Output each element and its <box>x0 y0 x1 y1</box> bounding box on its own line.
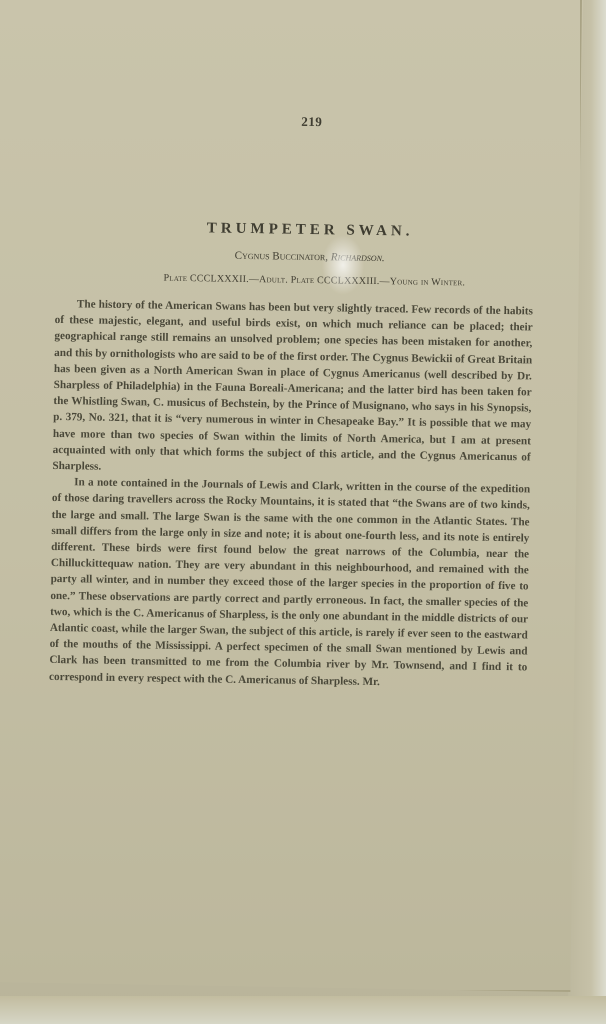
scientific-name: Cygnus Buccinator, Richardson. <box>86 247 534 266</box>
paragraph: The history of the American Swans has be… <box>52 296 533 482</box>
paragraph: In a note contained in the Journals of L… <box>49 474 530 692</box>
page-number: 219 <box>88 110 536 133</box>
binomial-author: Richardson. <box>331 251 385 264</box>
article-body: The history of the American Swans has be… <box>49 296 533 692</box>
page-content: 219 TRUMPETER SWAN. Cygnus Buccinator, R… <box>49 110 536 692</box>
binomial-name: Cygnus Buccinator, <box>235 250 329 263</box>
frame-mat-bottom <box>0 996 606 1024</box>
book-page: 219 TRUMPETER SWAN. Cygnus Buccinator, R… <box>0 0 582 992</box>
article-title: TRUMPETER SWAN. <box>86 218 534 242</box>
plate-references: Plate CCCLXXXII.—Adult. Plate CCCLXXXIII… <box>95 272 533 290</box>
